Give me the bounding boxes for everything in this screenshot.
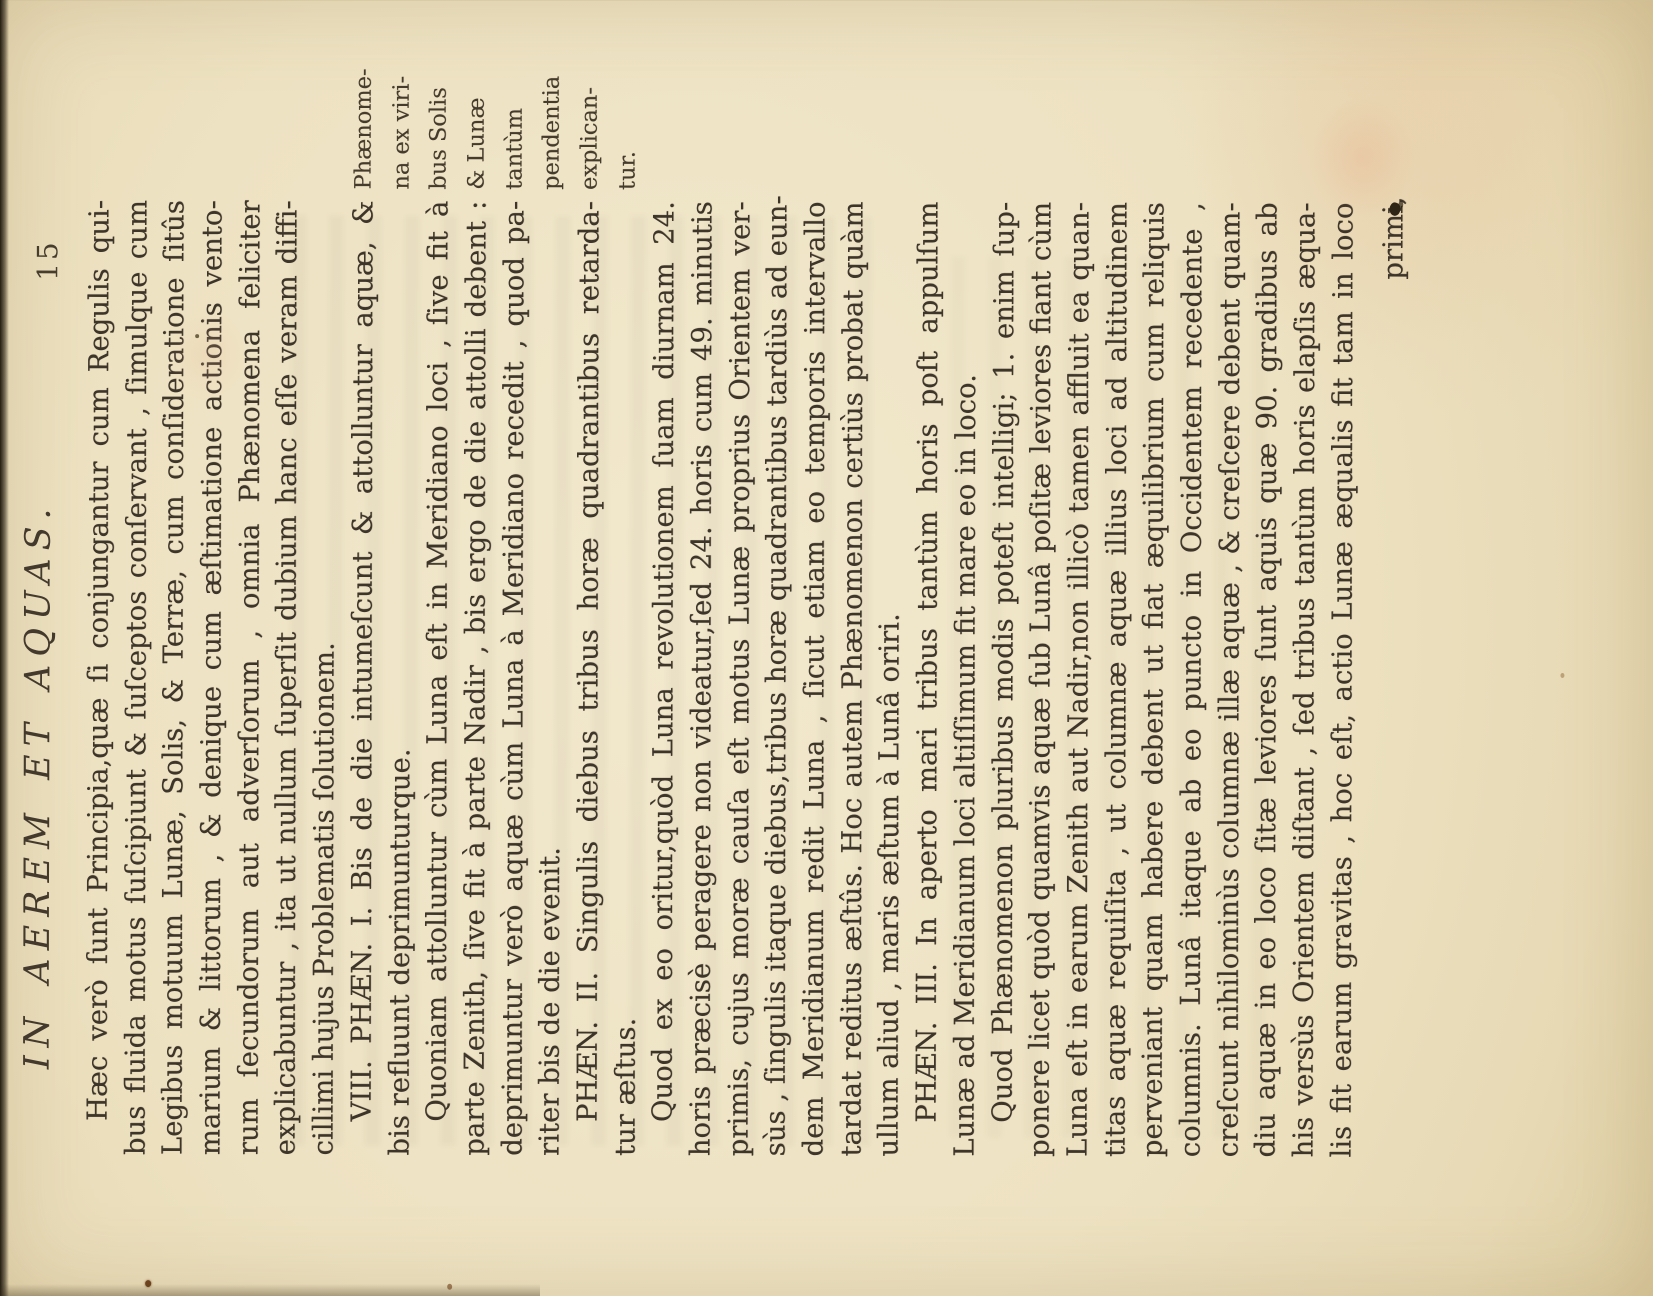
text-line: Lunæ ad Meridianum loci altiſſimum fit m… bbox=[946, 201, 986, 1156]
text-line: cillimi hujus Problematis ſolutionem. bbox=[305, 200, 345, 1155]
text-line: ponere licet quòd quamvis aquæ ſub Lunâ … bbox=[1021, 201, 1061, 1156]
scan-edge bbox=[0, 1284, 540, 1296]
text-line: horis præcisè peragere non videatur,ſed … bbox=[682, 201, 722, 1156]
text-line: lis fit earum gravitas , hoc eſt, actio … bbox=[1323, 202, 1363, 1157]
text-line: titas aquæ requiſita , ut columnæ aquæ i… bbox=[1096, 202, 1136, 1157]
text-line: ullum aliud , maris æſtum à Lunâ oriri. bbox=[870, 201, 910, 1156]
text-line: creſcunt nihilominùs columnæ illæ aquæ ,… bbox=[1210, 202, 1250, 1157]
text-line: riter bis de die evenit. bbox=[531, 200, 571, 1155]
text-line: tardat reditus æſtûs. Hoc autem Phænomen… bbox=[833, 201, 873, 1156]
margin-note-line: tur. bbox=[609, 50, 647, 190]
text-line: tur æſtus. bbox=[607, 201, 647, 1156]
foxing-speck bbox=[195, 334, 199, 338]
margin-note-line: Phænome- bbox=[345, 49, 383, 189]
text-line: primis, cujus moræ cauſa eſt motus Lunæ … bbox=[720, 201, 760, 1156]
text-line: Quod Phænomenon pluribus modis poteſt in… bbox=[983, 201, 1023, 1156]
margin-note-line: pendentia bbox=[533, 49, 571, 189]
margin-note: Phænome-na ex viri-bus Solis& Lunætantùm… bbox=[345, 49, 647, 190]
text-line: PHÆN. II. Singulis diebus tribus horæ qu… bbox=[569, 200, 609, 1155]
page-content: IN AEREM ET AQUAS. 15 Hæc verò ſunt Prin… bbox=[0, 0, 1653, 1296]
margin-note-line: tantùm bbox=[496, 49, 534, 189]
text-block: Hæc verò ſunt Principia,quæ ſi conjungan… bbox=[79, 199, 1362, 1157]
text-line: bis refluunt deprimunturque. bbox=[380, 200, 420, 1155]
text-line: diu aquæ in eo loco ſitæ leviores ſunt a… bbox=[1247, 202, 1287, 1157]
text-line: Luna eſt in earum Zenith aut Nadir,non i… bbox=[1059, 201, 1099, 1156]
text-line: his versùs Orientem diſtant , ſed tribus… bbox=[1285, 202, 1325, 1157]
text-line: Quoniam attolluntur cùm Luna eſt in Meri… bbox=[418, 200, 458, 1155]
scan-edge bbox=[0, 0, 20, 34]
stain bbox=[150, 295, 260, 415]
text-line: dem Meridianum redit Luna , ſicut etiam … bbox=[795, 201, 835, 1156]
text-line: PHÆN. III. In aperto mari tribus tantùm … bbox=[908, 201, 948, 1156]
page-sheet: IN AEREM ET AQUAS. 15 Hæc verò ſunt Prin… bbox=[0, 0, 1653, 1296]
text-line: Hæc verò ſunt Principia,quæ ſi conjungan… bbox=[79, 199, 119, 1154]
scanned-book-page: IN AEREM ET AQUAS. 15 Hæc verò ſunt Prin… bbox=[0, 0, 1653, 1296]
scan-edge bbox=[0, 0, 9, 1296]
margin-note-line: explican- bbox=[571, 49, 609, 189]
text-line: deprimuntur verò aquæ cùm Luna à Meridia… bbox=[493, 200, 533, 1155]
text-line: VIII. PHÆN. I. Bis de die intumeſcunt & … bbox=[343, 200, 383, 1155]
margin-note-line: bus Solis bbox=[420, 49, 458, 189]
text-line: explicabuntur , ita ut nullum ſuperſit d… bbox=[267, 200, 307, 1155]
stain bbox=[1291, 77, 1431, 237]
foxing-speck bbox=[1560, 673, 1564, 678]
page-number: 15 bbox=[31, 239, 64, 281]
text-line: perveniant quam habere debent ut fiat æq… bbox=[1134, 202, 1174, 1157]
margin-note-line: & Lunæ bbox=[458, 49, 496, 189]
text-line: sùs , ſingulis itaque diebus,tribus horæ… bbox=[757, 201, 797, 1156]
running-head: IN AEREM ET AQUAS. bbox=[17, 442, 58, 1126]
margin-note-line: na ex viri- bbox=[383, 49, 421, 189]
text-line: Quod ex eo oritur,quòd Luna revolutionem… bbox=[644, 201, 684, 1156]
text-line: parte Zenith, ſive fit à parte Nadir , b… bbox=[456, 200, 496, 1155]
text-line: columnis. Lunâ itaque ab eo puncto in Oc… bbox=[1172, 202, 1212, 1157]
